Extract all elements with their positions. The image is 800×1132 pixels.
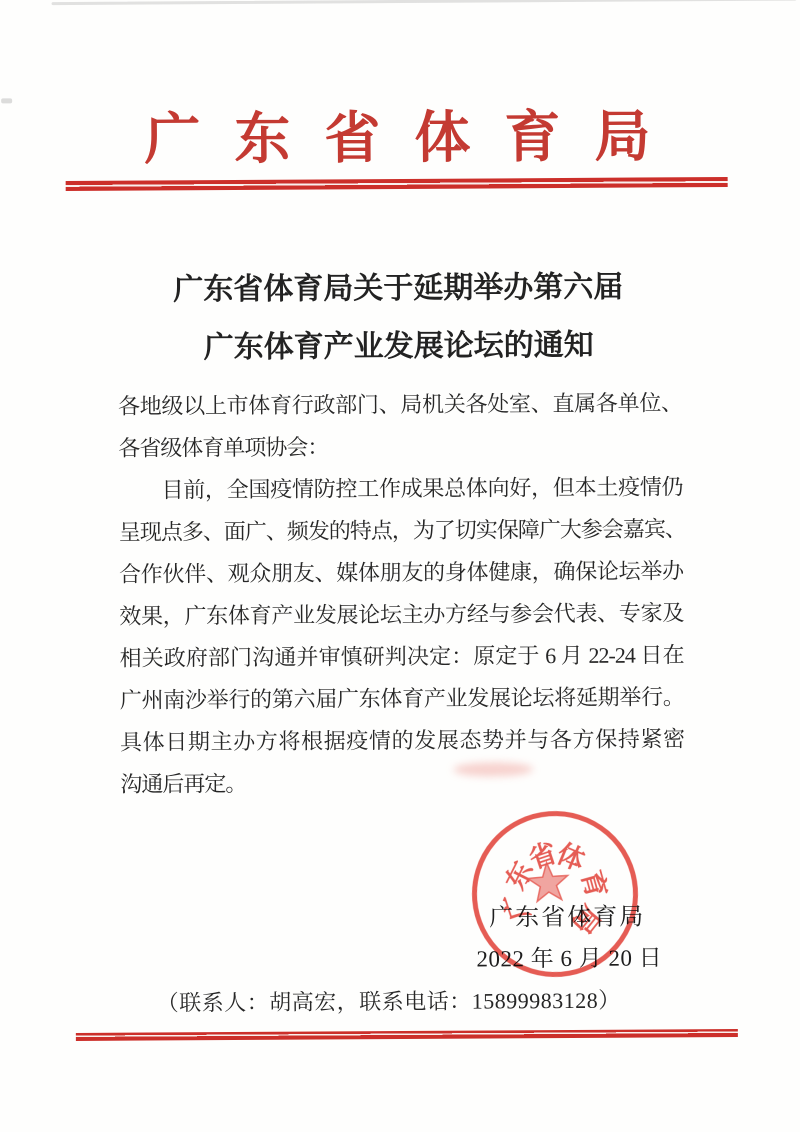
seal-char: 育 (574, 865, 619, 901)
bottom-divider-line (76, 1029, 738, 1041)
salutation-line: 各省级体育单项协会： (118, 424, 682, 469)
paragraph-line: 具体日期主办方将根据疫情的发展态势并与各方保持紧密 (120, 718, 684, 763)
paragraph-line: 呈现点多、面广、频发的特点，为了切实保障广大参会嘉宾、 (119, 508, 683, 553)
scan-edge-artifact (52, 0, 797, 5)
seal-char: 局 (564, 898, 611, 943)
document-title: 广东省体育局关于延期举办第六届 广东体育产业发展论坛的通知 (0, 258, 799, 379)
document-title-line-1: 广东省体育局关于延期举办第六届 (0, 258, 798, 321)
document-sheet: 广东省体育局 广东省体育局关于延期举办第六届 广东体育产业发展论坛的通知 各地级… (0, 0, 800, 1132)
header-divider-line (66, 177, 728, 191)
paragraph-line: 相关政府部门沟通并审慎研判决定：原定于 6 月 22-24 日在 (119, 634, 683, 679)
agency-header: 广东省体育局 (0, 92, 798, 177)
paragraph-line: 目前，全国疫情防控工作成果总体向好，但本土疫情仍 (118, 466, 682, 511)
paragraph-line: 沟通后再定。 (120, 760, 684, 805)
paragraph-line: 广州南沙举行的第六届广东体育产业发展论坛将延期举行。 (120, 676, 684, 721)
body-text: 各地级以上市体育行政部门、局机关各处室、直属各单位、 各省级体育单项协会： 目前… (118, 382, 685, 805)
scanned-document: 广东省体育局 广东省体育局关于延期举办第六届 广东体育产业发展论坛的通知 各地级… (0, 0, 800, 1132)
paragraph-line: 合作伙伴、观众朋友、媒体朋友的身体健康，确保论坛举办 (119, 550, 683, 595)
seal-char: 广 (492, 888, 538, 926)
salutation-line: 各地级以上市体育行政部门、局机关各处室、直属各单位、 (118, 382, 682, 427)
document-title-line-2: 广东体育产业发展论坛的通知 (0, 316, 799, 379)
paragraph-line: 效果，广东体育产业发展论坛主办方经与参会代表、专家及 (119, 592, 683, 637)
contact-info: （联系人：胡高宏，联系电话：15899983128） (0, 983, 789, 1019)
